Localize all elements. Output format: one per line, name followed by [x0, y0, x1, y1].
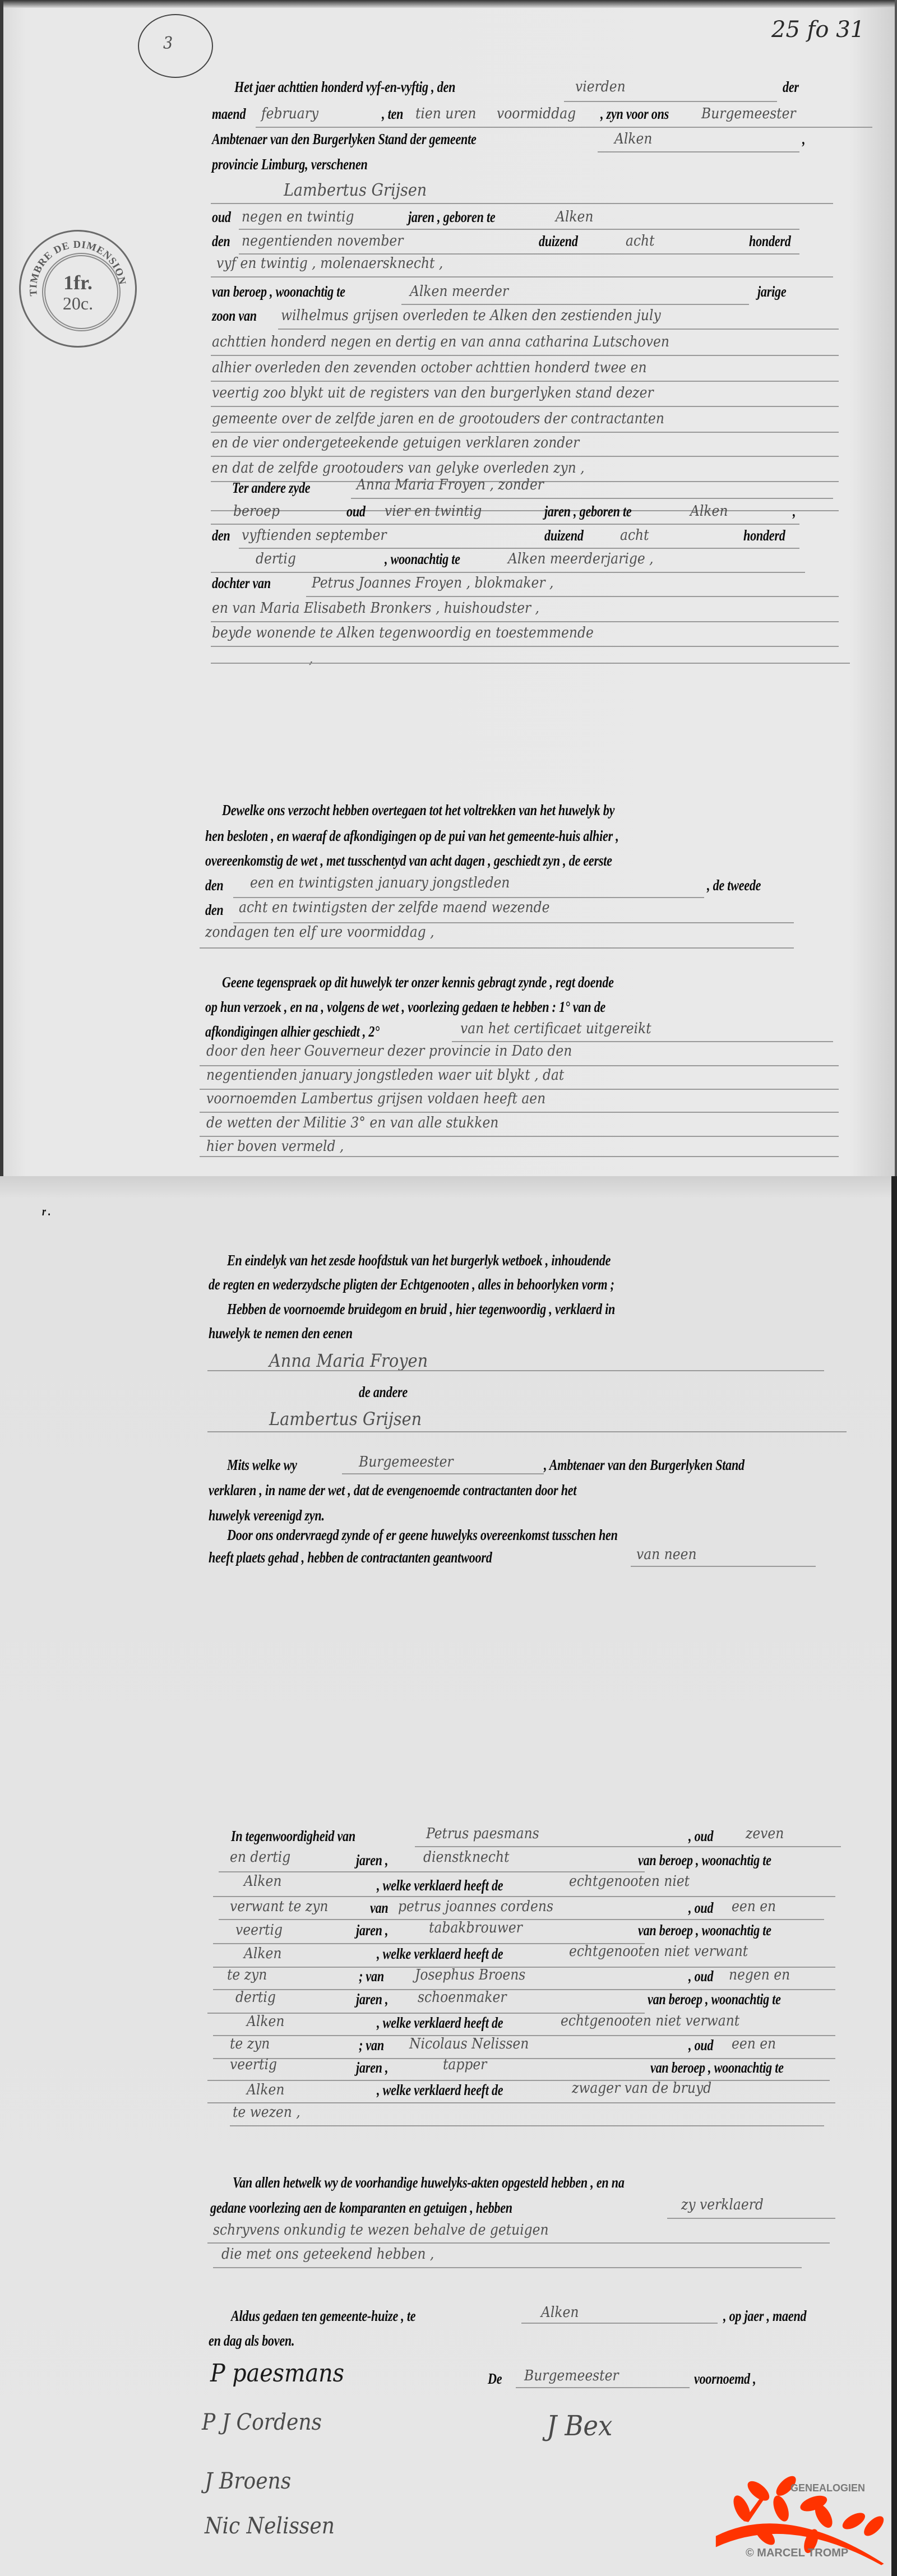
handwritten-first-bann-date: een en twintigsten january jongstleden	[250, 875, 510, 891]
fill-line	[207, 2242, 830, 2244]
handwritten-closing: schryvens onkundig te wezen behalve de g…	[213, 2222, 549, 2239]
printed-text: provincie Limburg, verschenen	[212, 156, 368, 173]
handwritten-occupation: beroep	[233, 503, 280, 520]
handwritten-mayor-title: Burgemeester	[524, 2367, 619, 2384]
fill-line	[200, 1156, 839, 1157]
printed-text: verklaren , in name der wet , dat de eve…	[209, 1482, 576, 1499]
printed-text: , zyn voor ons	[600, 105, 669, 123]
handwritten-parents: en de vier ondergeteekende getuigen verk…	[212, 434, 579, 451]
handwritten-certificate: voornoemden Lambertus grijsen voldaen he…	[206, 1090, 545, 1107]
handwritten-parents: en dat de zelfde grootouders van gelyke …	[212, 460, 585, 477]
printed-text: den	[205, 877, 223, 894]
handwritten-witness-age: negen en	[729, 1967, 790, 1983]
handwritten-century: acht	[620, 527, 649, 544]
signature-witness-1: P paesmans	[210, 2359, 344, 2388]
printed-text: duizend	[544, 527, 584, 544]
printed-text: jaren , geboren te	[408, 209, 495, 226]
folio-number: 25 fo 31	[771, 17, 864, 43]
fill-line	[200, 1112, 839, 1113]
handwritten-bride-age: vier en twintig	[385, 503, 482, 520]
watermark-title: GENEALOGIEN	[790, 2482, 865, 2494]
fill-line	[667, 2218, 835, 2219]
signature-witness-3: J Broens	[205, 2468, 291, 2494]
printed-text: Hebben de voornoemde bruidegom en bruid …	[227, 1301, 615, 1318]
fill-line	[207, 2102, 835, 2103]
fill-line	[239, 229, 799, 230]
stamp-value-fr: 1fr.	[21, 271, 135, 294]
genealogien-watermark: GENEALOGIEN © MARCEL TROMP	[701, 2466, 891, 2566]
handwritten-closing: zy verklaerd	[681, 2196, 764, 2213]
printed-text: gedane voorlezing aen de komparanten en …	[210, 2199, 512, 2217]
handwritten-birth-year-occupation: vyf en twintig , molenaersknecht ,	[216, 255, 443, 272]
handwritten-witness-age: veertig	[230, 2056, 277, 2073]
printed-text: jaren ,	[356, 1991, 388, 2008]
handwritten-groom-age: negen en twintig	[242, 209, 354, 225]
handwritten-witness-name: Nicolaus Nelissen	[409, 2036, 529, 2052]
fill-line	[342, 1473, 544, 1474]
handwritten-witness-age: een en	[732, 2036, 776, 2052]
handwritten-parents: wilhelmus grijsen overleden te Alken den…	[281, 307, 661, 324]
handwritten-bride-name: Anna Maria Froyen	[269, 1350, 428, 1371]
handwritten-century: acht	[626, 233, 655, 249]
printed-text: , oud	[688, 2037, 713, 2054]
handwritten-birth-year: dertig	[256, 551, 296, 567]
handwritten-parents-consent: beyde wonende te Alken tegenwoordig en t…	[212, 625, 594, 641]
handwritten-bride-mother: en van Maria Elisabeth Bronkers , huisho…	[212, 600, 539, 617]
fill-line	[211, 524, 799, 525]
handwritten-birthplace: Alken	[556, 209, 593, 225]
printed-text: Dewelke ons verzocht hebben overtegaen t…	[222, 802, 614, 819]
printed-text: ,	[802, 131, 805, 148]
handwritten-groom-name: Lambertus Grijsen	[269, 1408, 422, 1430]
fill-line	[631, 1566, 816, 1567]
printed-text: , Ambtenaer van den Burgerlyken Stand	[544, 1456, 745, 1474]
handwritten-witness-declaration: echtgenooten niet	[569, 1873, 690, 1890]
fill-line	[521, 2323, 718, 2324]
tax-stamp: TIMBRE DE DIMENSION 1fr. 20c.	[19, 230, 137, 348]
printed-text: ; van	[359, 2037, 384, 2054]
fill-line	[200, 1065, 839, 1066]
handwritten-witness-residence: Alken	[244, 1945, 281, 1962]
printed-text: van beroep , woonachtig te	[212, 283, 345, 300]
printed-text: Geene tegenspraek op dit huwelyk ter onz…	[222, 974, 614, 991]
document-page-1: 3 25 fo 31 TIMBRE DE DIMENSION 1fr. 20c.…	[0, 0, 897, 1176]
handwritten-witness-declaration: te zyn	[227, 1967, 267, 1983]
handwritten-witness-declaration: te zyn	[230, 2036, 270, 2052]
handwritten-parents: achttien honderd negen en dertig en van …	[212, 334, 669, 350]
fill-line	[452, 1041, 833, 1042]
handwritten-witness-declaration: verwant te zyn	[230, 1898, 328, 1915]
printed-text: op hun verzoek , en na , volgens de wet …	[205, 998, 605, 1016]
printed-text: zoon van	[212, 307, 257, 325]
fill-line	[256, 127, 872, 128]
handwritten-witness-declaration: echtgenooten niet verwant	[561, 2013, 739, 2029]
fill-line	[213, 2267, 802, 2268]
handwritten-bride-father: Petrus Joannes Froyen , blokmaker ,	[312, 575, 553, 591]
printed-text: , op jaer , maend	[723, 2307, 806, 2325]
fill-line	[219, 1871, 645, 1872]
printed-text: Door ons ondervraegd zynde of er geene h…	[227, 1527, 618, 1544]
handwritten-witness-declaration: zwager van de bruyd	[572, 2080, 711, 2097]
printed-text: honderd	[743, 527, 785, 544]
act-number: 3	[163, 34, 173, 53]
printed-text: In tegenwoordigheid van	[231, 1828, 355, 1845]
fill-line	[211, 406, 839, 407]
fill-line	[200, 947, 794, 949]
printed-text: ,	[793, 503, 796, 520]
printed-text: huwelyk vereenigd zyn.	[209, 1507, 325, 1524]
handwritten-parents: alhier overleden den zevenden october ac…	[212, 359, 647, 376]
signature-mayor: J Bex	[547, 2409, 612, 2442]
printed-text: , welke verklaerd heeft de	[377, 2082, 503, 2099]
fill-line	[230, 2125, 824, 2126]
printed-text: Aldus gedaen ten gemeente-huize , te	[231, 2307, 415, 2325]
fill-line	[211, 456, 839, 457]
printed-text: , oud	[688, 1828, 713, 1845]
fill-line	[306, 596, 839, 597]
handwritten-closing: die met ons geteekend hebben ,	[221, 2246, 434, 2263]
printed-text: duizend	[539, 233, 578, 250]
printed-text: oud	[212, 209, 231, 226]
fill-line	[211, 381, 839, 382]
handwritten-parents: gemeente over de zelfde jaren en de groo…	[212, 410, 664, 427]
handwritten-certificate: door den heer Gouverneur dezer provincie…	[206, 1043, 572, 1060]
printed-text: de regten en wederzydsche pligten der Ec…	[209, 1276, 614, 1293]
fill-line	[213, 1989, 835, 1990]
handwritten-witness-age: veertig	[235, 1922, 283, 1939]
handwritten-witness-residence: Alken	[247, 2082, 284, 2098]
printed-text: van beroep , woonachtig te	[638, 1852, 771, 1869]
printed-text: voornoemd ,	[694, 2370, 756, 2388]
handwritten-groom-name: Lambertus Grijsen	[284, 181, 427, 200]
handwritten-residence: Alken meerder	[410, 283, 508, 300]
fill-line	[401, 304, 749, 305]
printed-text: Ambtenaer van den Burgerlyken Stand der …	[212, 131, 477, 148]
fill-line	[207, 1431, 847, 1432]
handwritten-birth-date: vyftienden september	[242, 527, 387, 544]
handwritten-witness-age: dertig	[235, 1989, 276, 2006]
printed-text: overeenkomstig de wet , met tusschentyd …	[205, 852, 612, 870]
printed-text: heeft plaets gehad , hebben de contracta…	[209, 1549, 492, 1566]
fill-line	[564, 101, 777, 102]
fill-line	[211, 510, 839, 511]
fill-line	[598, 151, 799, 152]
handwritten-municipality: Alken	[614, 131, 652, 147]
handwritten-bann-days: zondagen ten elf ure voormiddag ,	[205, 924, 434, 941]
handwritten-municipality: Alken	[541, 2304, 579, 2321]
printed-text: den	[212, 233, 230, 250]
document-page-2: r . En eindelyk van het zesde hoofdstuk …	[0, 1176, 897, 2576]
handwritten-day: vierden	[575, 78, 626, 95]
handwritten-witness-name: Petrus paesmans	[426, 1825, 539, 1842]
fill-line	[211, 572, 805, 573]
printed-text: De	[488, 2370, 502, 2388]
printed-text: en dag als boven.	[209, 2332, 294, 2350]
handwritten-witness-name: petrus joannes cordens	[398, 1898, 553, 1915]
handwritten-parents: veertig zoo blykt uit de registers van d…	[212, 385, 654, 401]
handwritten-witness-occupation: tabakbrouwer	[429, 1920, 523, 1936]
printed-text: En eindelyk van het zesde hoofdstuk van …	[227, 1252, 611, 1269]
printed-text: van	[370, 1899, 388, 1917]
printed-text: ; van	[359, 1968, 384, 1985]
printed-text: de andere	[359, 1384, 408, 1401]
printed-text: jaren ,	[356, 1922, 388, 1939]
printed-text: , welke verklaerd heeft de	[377, 1945, 503, 1963]
printed-text: , oud	[688, 1899, 713, 1917]
fill-line	[239, 548, 799, 549]
handwritten-time-of-day: voormiddag	[497, 105, 576, 122]
printed-text: , de tweede	[707, 877, 761, 894]
handwritten-witness-declaration: echtgenooten niet verwant	[569, 1943, 748, 1960]
page-mark: r .	[42, 1204, 50, 1219]
scan-edge	[3, 0, 895, 8]
handwritten-witness-declaration: te wezen ,	[233, 2104, 300, 2121]
fill-line	[211, 355, 839, 356]
printed-text: , ten	[382, 105, 403, 123]
fill-line	[207, 1370, 824, 1371]
handwritten-witness-residence: Alken	[247, 2013, 284, 2030]
fill-line	[211, 621, 839, 622]
handwritten-birth-date: negentienden november	[242, 233, 403, 249]
fill-line	[278, 329, 839, 330]
printed-text: der	[783, 78, 799, 96]
printed-text: jarige	[757, 283, 786, 300]
act-number-circle	[138, 14, 213, 78]
printed-text: , woonachtig te	[385, 551, 460, 568]
handwritten-second-bann-date: acht en twintigsten der zelfde maend wez…	[239, 899, 549, 916]
printed-text: Mits welke wy	[227, 1456, 297, 1474]
printed-text: Het jaer achttien honderd vyf-en-vyftig …	[234, 78, 455, 96]
handwritten-witness-occupation: tapper	[443, 2056, 487, 2073]
printed-text: honderd	[749, 233, 791, 250]
fill-line	[233, 897, 704, 898]
fill-line	[200, 1089, 839, 1090]
printed-text: Ter andere zyde	[232, 479, 310, 497]
handwritten-month: february	[261, 105, 318, 122]
handwritten-certificate: hier boven vermeld ,	[206, 1138, 344, 1155]
handwritten-official-title: Burgemeester	[701, 105, 796, 122]
printed-text: dochter van	[212, 575, 271, 592]
printed-text: van beroep , woonachtig te	[638, 1922, 771, 1939]
handwritten-bride-name: Anna Maria Froyen , zonder	[357, 477, 544, 493]
printed-text: jaren ,	[356, 1852, 388, 1869]
handwritten-witness-age: en dertig	[230, 1849, 290, 1866]
fill-line	[213, 1896, 835, 1897]
fill-line	[211, 276, 833, 278]
printed-text: den	[212, 527, 230, 544]
handwritten-witness-occupation: dienstknecht	[423, 1849, 509, 1866]
watermark-copyright: © MARCEL TROMP	[746, 2547, 848, 2560]
fill-line	[211, 663, 850, 664]
handwritten-witness-age: een en	[732, 1898, 776, 1915]
printed-text: van beroep , woonachtig te	[650, 2059, 784, 2076]
handwritten-answer: van neen	[636, 1546, 697, 1563]
fill-line	[207, 2080, 830, 2081]
fill-line	[516, 2387, 690, 2388]
printed-text: den	[205, 901, 223, 919]
handwritten-certificate: van het certificaet uitgereikt	[460, 1020, 651, 1037]
fill-line	[211, 646, 839, 647]
handwritten-mark: ,	[309, 650, 313, 667]
signature-witness-2: P J Cordens	[202, 2409, 322, 2435]
handwritten-certificate: negentienden january jongstleden waer ui…	[206, 1067, 564, 1084]
printed-text: afkondigingen alhier geschiedt , 2°	[205, 1023, 380, 1040]
handwritten-birthplace: Alken	[690, 503, 728, 520]
fill-line	[415, 1846, 841, 1847]
handwritten-hour: tien uren	[415, 105, 476, 122]
stamp-value-c: 20c.	[21, 293, 135, 314]
printed-text: jaren , geboren te	[544, 503, 631, 520]
printed-text: oud	[346, 503, 366, 520]
printed-text: van beroep , woonachtig te	[648, 1991, 781, 2008]
handwritten-witness-name: Josephus Broens	[415, 1967, 525, 1983]
fill-line	[211, 432, 839, 433]
signature-witness-4: Nic Nelissen	[205, 2513, 335, 2539]
printed-text: jaren ,	[356, 2059, 388, 2076]
handwritten-certificate: de wetten der Militie 3° en van alle stu…	[206, 1114, 498, 1131]
handwritten-residence: Alken meerderjarige ,	[508, 551, 654, 567]
printed-text: , welke verklaerd heeft de	[377, 2014, 503, 2032]
printed-text: , welke verklaerd heeft de	[377, 1877, 503, 1894]
printed-text: hen besloten , en waeraf de afkondiginge…	[205, 827, 619, 845]
fill-line	[211, 203, 833, 204]
printed-text: maend	[212, 105, 246, 123]
handwritten-witness-residence: Alken	[244, 1873, 281, 1890]
printed-text: Van allen hetwelk wy de voorhandige huwe…	[233, 2174, 625, 2191]
printed-text: huwelyk te nemen den eenen	[209, 1325, 353, 1342]
handwritten-witness-occupation: schoenmaker	[418, 1989, 507, 2006]
fill-line	[233, 922, 794, 923]
fill-line	[200, 1136, 839, 1137]
handwritten-witness-age: zeven	[746, 1825, 784, 1842]
handwritten-official-title: Burgemeester	[359, 1454, 454, 1470]
printed-text: , oud	[688, 1968, 713, 1985]
fill-line	[239, 253, 799, 255]
fill-line	[351, 498, 833, 499]
